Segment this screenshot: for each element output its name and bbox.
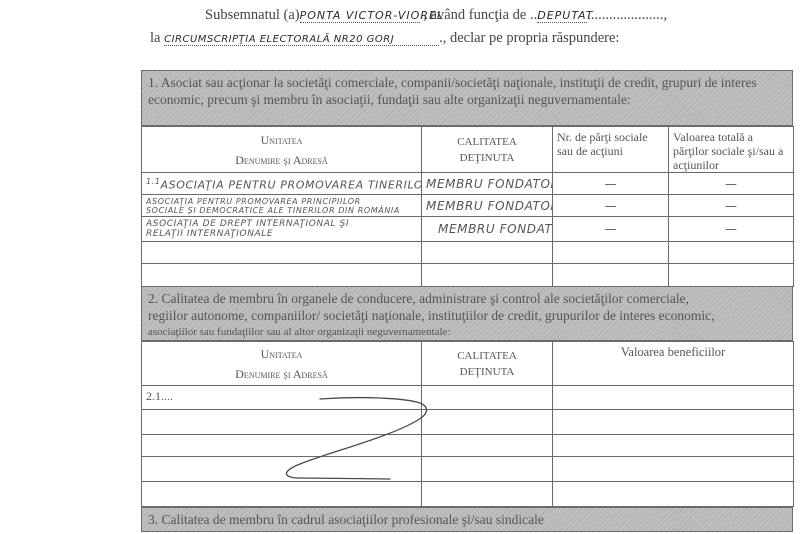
- shares-cell: —: [553, 217, 669, 242]
- table-row: [142, 242, 794, 264]
- quality-cell: Membru fondator: [422, 173, 553, 195]
- unit-cell: [142, 242, 422, 264]
- header-benefits: Valoarea beneficiilor: [553, 342, 794, 386]
- quality-cell: [422, 242, 553, 264]
- value-cell: [669, 242, 794, 264]
- section-2-table: Unitatea Denumire şi Adresă CALITATEA DE…: [141, 341, 794, 507]
- header-quality: CALITATEA DEŢINUTA: [422, 342, 553, 386]
- unit-cell: [142, 435, 422, 457]
- header-total-value: Valoarea totală a părţilor sociale şi/sa…: [669, 127, 794, 173]
- table-row: Asociaţia de Drept Internaţional şi Rela…: [142, 217, 794, 242]
- intro-prefix: Subsemnatul (a): [205, 7, 300, 23]
- benefits-cell: [553, 435, 794, 457]
- intro-line-2: la CIRCUMSCRIPŢIA ELECTORALĂ NR20 GORJ.,…: [150, 30, 619, 47]
- quality-cell: [422, 435, 553, 457]
- quality-cell: [422, 410, 553, 435]
- header-unit: Unitatea Denumire şi Adresă: [142, 342, 422, 386]
- intro-middle: ., având funcţia de ..: [420, 7, 538, 23]
- header-unit: Unitatea Denumire şi Adresă: [142, 127, 422, 173]
- declarant-name: PONTA VICTOR-VIOREL: [300, 9, 420, 23]
- section-3-heading: 3. Calitatea de membru în cadrul asociaţ…: [141, 507, 793, 532]
- table-row: [142, 410, 794, 435]
- benefits-cell: [553, 410, 794, 435]
- shares-cell: [553, 264, 669, 287]
- value-cell: —: [669, 173, 794, 195]
- unit-cell: 2.1....: [142, 386, 422, 410]
- header-shares: Nr. de părţi sociale sau de acţiuni: [553, 127, 669, 173]
- unit-cell: [142, 457, 422, 482]
- unit-cell: Asociaţia de Drept Internaţional şi Rela…: [142, 217, 422, 242]
- intro-suffix: .....................,: [587, 7, 667, 23]
- unit-cell: [142, 482, 422, 507]
- table-row: [142, 435, 794, 457]
- intro-declaration: ., declar pe propria răspundere:: [439, 30, 619, 46]
- table-row: [142, 457, 794, 482]
- unit-cell: Asociaţia pentru Promovarea Principiilor…: [142, 195, 422, 217]
- unit-cell: 1.1Asociaţia pentru Promovarea Tinerilor: [142, 173, 422, 195]
- benefits-cell: [553, 482, 794, 507]
- quality-cell: Membru fondator: [422, 195, 553, 217]
- shares-cell: [553, 242, 669, 264]
- intro-line-1: Subsemnatul (a)PONTA VICTOR-VIOREL., avâ…: [205, 7, 667, 24]
- section-1-table: Unitatea Denumire şi Adresă CALITATEA DE…: [141, 126, 794, 287]
- table-header-row: Unitatea Denumire şi Adresă CALITATEA DE…: [142, 127, 794, 173]
- table-row: [142, 482, 794, 507]
- value-cell: [669, 264, 794, 287]
- shares-cell: —: [553, 195, 669, 217]
- unit-cell: [142, 410, 422, 435]
- benefits-cell: [553, 386, 794, 410]
- quality-cell: Membru fondator: [422, 217, 553, 242]
- table-row: 1.1Asociaţia pentru Promovarea Tinerilor…: [142, 173, 794, 195]
- value-cell: —: [669, 195, 794, 217]
- quality-cell: [422, 457, 553, 482]
- benefits-cell: [553, 457, 794, 482]
- table-row: [142, 264, 794, 287]
- table-header-row: Unitatea Denumire şi Adresă CALITATEA DE…: [142, 342, 794, 386]
- value-cell: —: [669, 217, 794, 242]
- table-row: 2.1....: [142, 386, 794, 410]
- header-quality: CALITATEA DEŢINUTA: [422, 127, 553, 173]
- declarant-constituency: CIRCUMSCRIPŢIA ELECTORALĂ NR20 GORJ: [164, 34, 439, 46]
- declarant-function: DEPUTAT: [537, 9, 587, 23]
- table-row: Asociaţia pentru Promovarea Principiilor…: [142, 195, 794, 217]
- intro-la: la: [150, 30, 160, 46]
- unit-cell: [142, 264, 422, 287]
- section-2-heading: 2. Calitatea de membru în organele de co…: [141, 286, 793, 341]
- quality-cell: [422, 264, 553, 287]
- quality-cell: [422, 482, 553, 507]
- section-1-heading: 1. Asociat sau acţionar la societăţi com…: [141, 70, 793, 126]
- quality-cell: [422, 386, 553, 410]
- shares-cell: —: [553, 173, 669, 195]
